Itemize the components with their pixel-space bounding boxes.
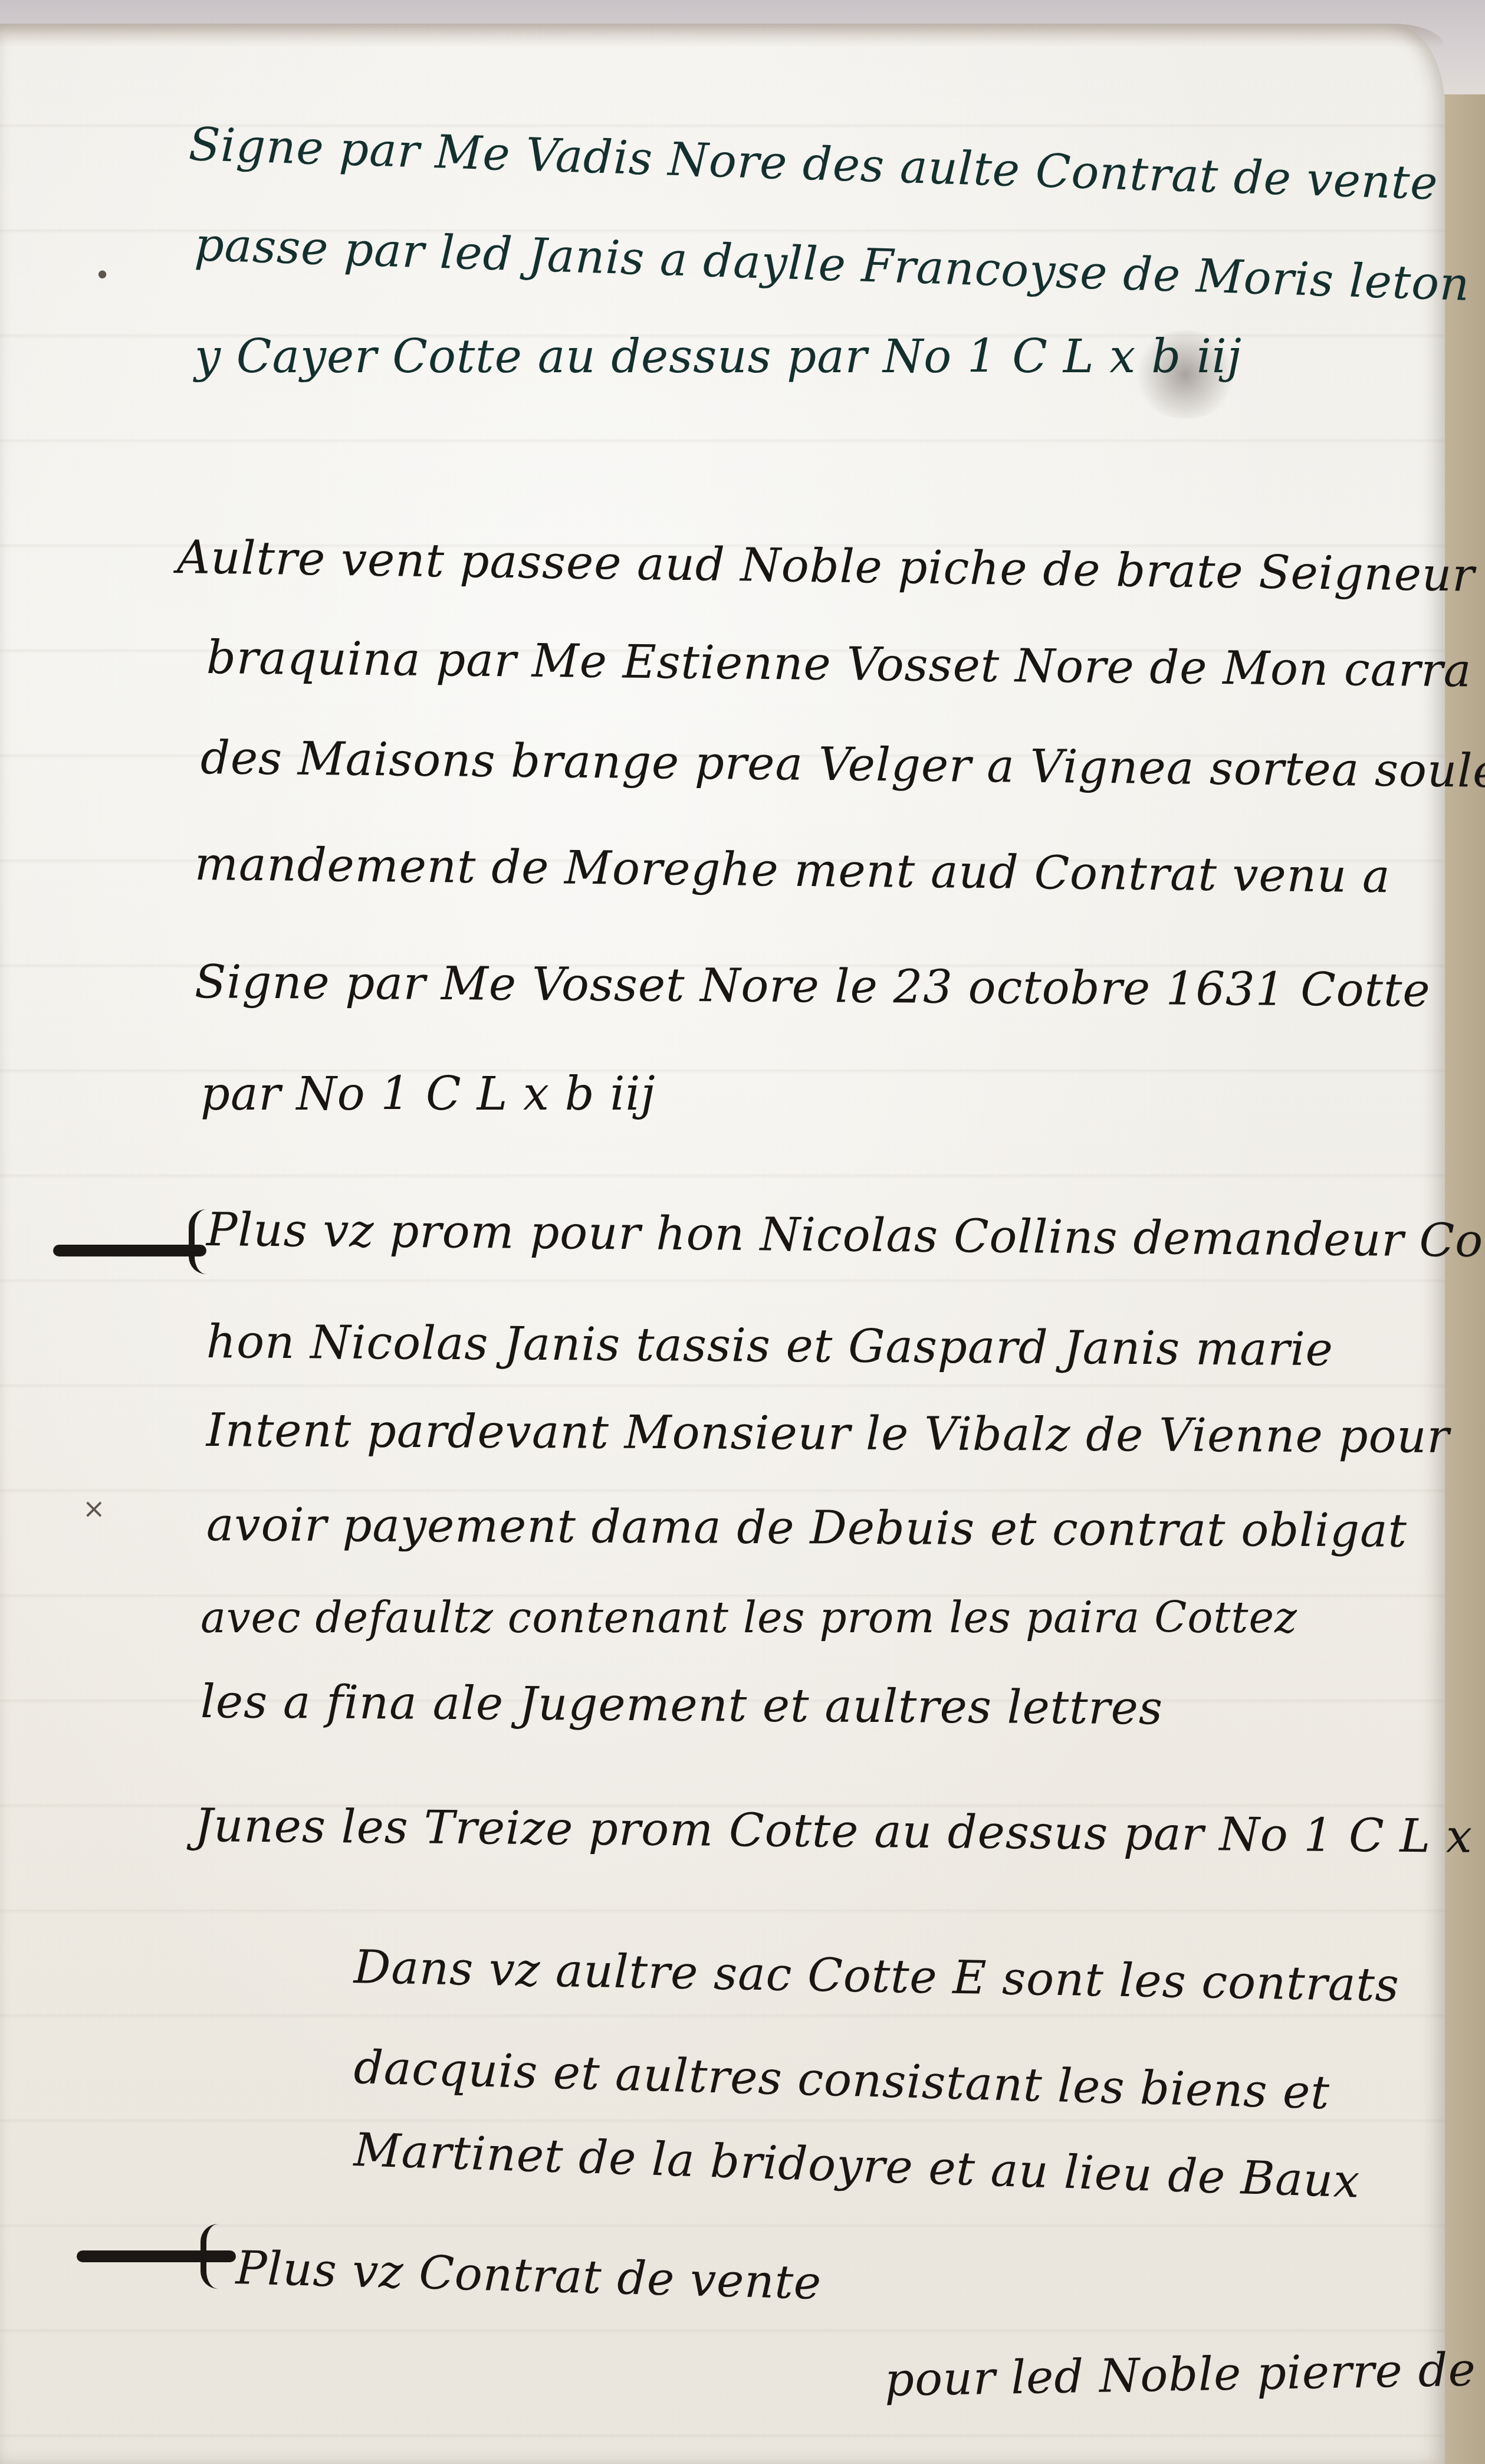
margin-dot-mark: • <box>94 260 110 291</box>
entry-2-line-6: par No 1 C L x b iij <box>201 1068 656 1121</box>
margin-flourish-mark <box>53 1245 206 1256</box>
entry-3-line-2: hon Nicolas Janis tassis et Gaspard Jani… <box>206 1315 1334 1376</box>
photo-background-right <box>1444 94 1485 2464</box>
entry-3-line-6: les a fina ale Jugement et aultres lettr… <box>201 1675 1164 1735</box>
margin-flourish-tail <box>201 2224 236 2289</box>
entry-1-line-3: y Cayer Cotte au dessus par No 1 C L x b… <box>195 330 1242 383</box>
entry-3-line-7: Junes les Treize prom Cotte au dessus pa… <box>195 1799 1473 1863</box>
entry-3-line-3: Intent pardevant Monsieur le Vibalz de V… <box>206 1404 1450 1464</box>
entry-5-line-2: pour led Noble pierre de <box>884 2344 1476 2407</box>
page-top-edge <box>0 24 1445 47</box>
margin-cross-mark: ⨯ <box>83 1492 106 1524</box>
entry-2-line-5: Signe par Me Vosset Nore le 23 octobre 1… <box>195 956 1431 1018</box>
entry-3-line-5: avec defaultz contenant les prom les pai… <box>201 1593 1297 1642</box>
entry-3-line-4: avoir payement dama de Debuis et contrat… <box>206 1498 1407 1558</box>
